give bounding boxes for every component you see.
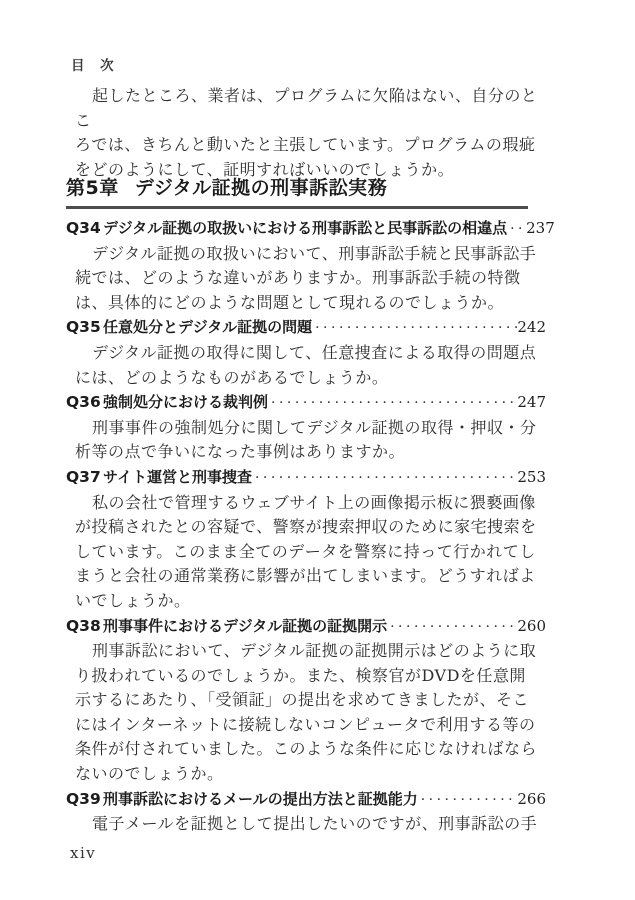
chapter-rule: [66, 206, 528, 209]
toc-entry-q35: Q35 任意処分とデジタル証拠の問題 242 デジタル証拠の取得に関して、任意捜…: [66, 315, 546, 390]
question-number: Q36: [66, 390, 103, 415]
dot-leader: [252, 466, 517, 491]
toc-header: 目 次: [71, 54, 115, 74]
toc-entries: Q34 デジタル証拠の取扱いにおける刑事訴訟と民事訴訟の相違点 237 デジタル…: [66, 216, 546, 837]
question-number: Q34: [66, 216, 103, 241]
folio-page-number: xiv: [70, 844, 96, 862]
question-summary: 電子メールを証拠として提出したいのですが、刑事訴訟の手: [75, 812, 546, 837]
chapter-title: デジタル証拠の刑事訴訟実務: [135, 177, 387, 199]
question-number: Q38: [66, 614, 103, 639]
dot-leader: [387, 615, 517, 640]
toc-entry-heading: Q36 強制処分における裁判例 247: [66, 390, 546, 416]
toc-entry-q36: Q36 強制処分における裁判例 247 刑事事件の強制処分に関してデジタル証拠の…: [66, 390, 546, 465]
toc-entry-heading: Q38 刑事事件におけるデジタル証拠の証拠開示 260: [66, 614, 546, 640]
question-number: Q39: [66, 787, 103, 812]
question-summary: デジタル証拠の取扱いにおいて、刑事訴訟手続と民事訴訟手 続では、どのような違いが…: [75, 242, 546, 316]
dot-leader: [268, 391, 517, 416]
question-summary: 刑事事件の強制処分に関してデジタル証拠の取得・押収・分 析等の点で争いになった事…: [75, 416, 546, 465]
question-title: 刑事事件におけるデジタル証拠の証拠開示: [103, 614, 387, 639]
toc-entry-heading: Q37 サイト運営と刑事捜査 253: [66, 465, 546, 491]
chapter-heading-block: 第5章デジタル証拠の刑事訴訟実務: [66, 174, 546, 209]
chapter-heading: 第5章デジタル証拠の刑事訴訟実務: [66, 174, 546, 202]
dot-leader: [312, 316, 517, 341]
question-number: Q35: [66, 315, 103, 340]
toc-entry-heading: Q35 任意処分とデジタル証拠の問題 242: [66, 315, 546, 341]
question-title: デジタル証拠の取扱いにおける刑事訴訟と民事訴訟の相違点: [103, 216, 507, 241]
question-summary: 私の会社で管理するウェブサイト上の画像掲示板に猥褻画像 が投稿されたとの容疑で、…: [75, 491, 546, 614]
page-number: 242: [517, 315, 546, 340]
dot-leader: [507, 217, 526, 242]
toc-entry-heading: Q34 デジタル証拠の取扱いにおける刑事訴訟と民事訴訟の相違点 237: [66, 216, 546, 242]
toc-entry-q39: Q39 刑事訴訟におけるメールの提出方法と証拠能力 266 電子メールを証拠とし…: [66, 787, 546, 837]
intro-continuation-text: 起したところ、業者は、プログラムに欠陥はない、自分のとこ ろでは、きちんと動いた…: [75, 84, 547, 182]
toc-entry-q38: Q38 刑事事件におけるデジタル証拠の証拠開示 260 刑事訴訟において、デジタ…: [66, 614, 546, 787]
question-summary: 刑事訴訟において、デジタル証拠の証拠開示はどのように取 り扱われているのでしょう…: [75, 639, 546, 787]
page-number: 266: [517, 787, 546, 812]
question-number: Q37: [66, 465, 103, 490]
page-number: 247: [517, 390, 546, 415]
toc-entry-q34: Q34 デジタル証拠の取扱いにおける刑事訴訟と民事訴訟の相違点 237 デジタル…: [66, 216, 546, 315]
question-title: 任意処分とデジタル証拠の問題: [103, 315, 312, 340]
page-number: 253: [517, 465, 546, 490]
chapter-label: 第5章: [66, 177, 119, 199]
question-title: サイト運営と刑事捜査: [103, 465, 252, 490]
question-summary: デジタル証拠の取得に関して、任意捜査による取得の問題点 には、どのようなものがあ…: [75, 341, 546, 390]
page-number: 237: [526, 216, 555, 241]
book-toc-page: 目 次 起したところ、業者は、プログラムに欠陥はない、自分のとこ ろでは、きちん…: [0, 0, 635, 900]
dot-leader: [418, 788, 518, 813]
page-number: 260: [517, 614, 546, 639]
question-title: 刑事訴訟におけるメールの提出方法と証拠能力: [103, 787, 418, 812]
toc-entry-q37: Q37 サイト運営と刑事捜査 253 私の会社で管理するウェブサイト上の画像掲示…: [66, 465, 546, 614]
toc-entry-heading: Q39 刑事訴訟におけるメールの提出方法と証拠能力 266: [66, 787, 546, 813]
question-title: 強制処分における裁判例: [103, 390, 268, 415]
